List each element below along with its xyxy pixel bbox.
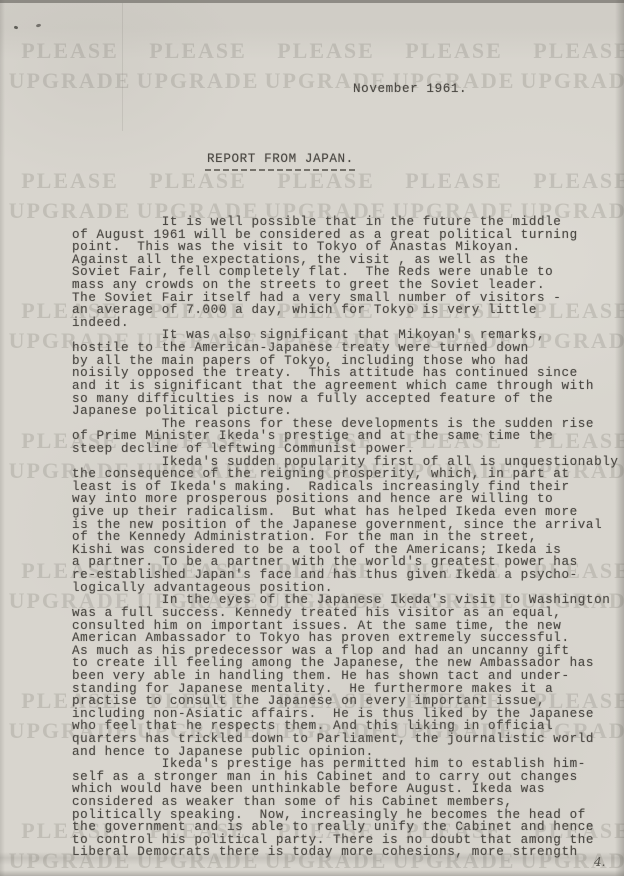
text-line: an average of 7.000 a day, which for Tok… — [72, 304, 624, 317]
paragraph: In the eyes of the Japanese Ikeda's visi… — [72, 594, 624, 758]
text-line: and it is significant that the agreement… — [72, 380, 624, 393]
text-line: quarters has trickled down to Parliament… — [72, 733, 624, 746]
text-line: Liberal Democrats there is today more co… — [72, 846, 624, 859]
document-date: November 1961. — [353, 82, 467, 96]
paragraph: Ikeda's prestige has permitted him to es… — [72, 758, 624, 859]
text-line: the consequence of the reigning prosperi… — [72, 468, 624, 481]
paragraph: It was also significant that Mikoyan's r… — [72, 329, 624, 417]
title-underline — [205, 169, 357, 171]
text-line: practise to consult the Japanese on ever… — [72, 695, 624, 708]
text-line: Japanese political picture. — [72, 405, 624, 418]
ink-layer: November 1961. REPORT FROM JAPAN. It is … — [0, 0, 624, 876]
document-body: It is well possible that in the future t… — [72, 216, 624, 859]
text-line: was a full success. Kennedy treated his … — [72, 607, 624, 620]
document-page: PLEASEUPGRADEPLEASEUPGRADEPLEASEUPGRADEP… — [0, 0, 624, 876]
document-title: REPORT FROM JAPAN. — [207, 152, 354, 166]
text-line: the government and is able to really uni… — [72, 821, 624, 834]
text-line: Ikeda's prestige has permitted him to es… — [72, 758, 624, 771]
text-line: of the Kennedy Administration. For the m… — [72, 531, 624, 544]
text-line: mass any crowds on the streets to greet … — [72, 279, 624, 292]
text-line: hostile to the American-Japanese treaty … — [72, 342, 624, 355]
text-line: point. This was the visit to Tokyo of An… — [72, 241, 624, 254]
paragraph: It is well possible that in the future t… — [72, 216, 624, 329]
page-number: 4. — [594, 855, 605, 869]
paragraph: The reasons for these developments is th… — [72, 418, 624, 456]
text-line: steep decline of leftwing Communist powe… — [72, 443, 624, 456]
text-line: give up their radicalism. But what has h… — [72, 506, 624, 519]
text-line: re-established Japan's face and has thus… — [72, 569, 624, 582]
text-line: In the eyes of the Japanese Ikeda's visi… — [72, 594, 624, 607]
text-line: It is well possible that in the future t… — [72, 216, 624, 229]
text-line: considered as weaker than some of his Ca… — [72, 796, 624, 809]
paragraph: Ikeda's sudden popularity first of all i… — [72, 456, 624, 595]
text-line: been very able in handling them. He has … — [72, 670, 624, 683]
text-line: American Ambassador to Tokyo has proven … — [72, 632, 624, 645]
